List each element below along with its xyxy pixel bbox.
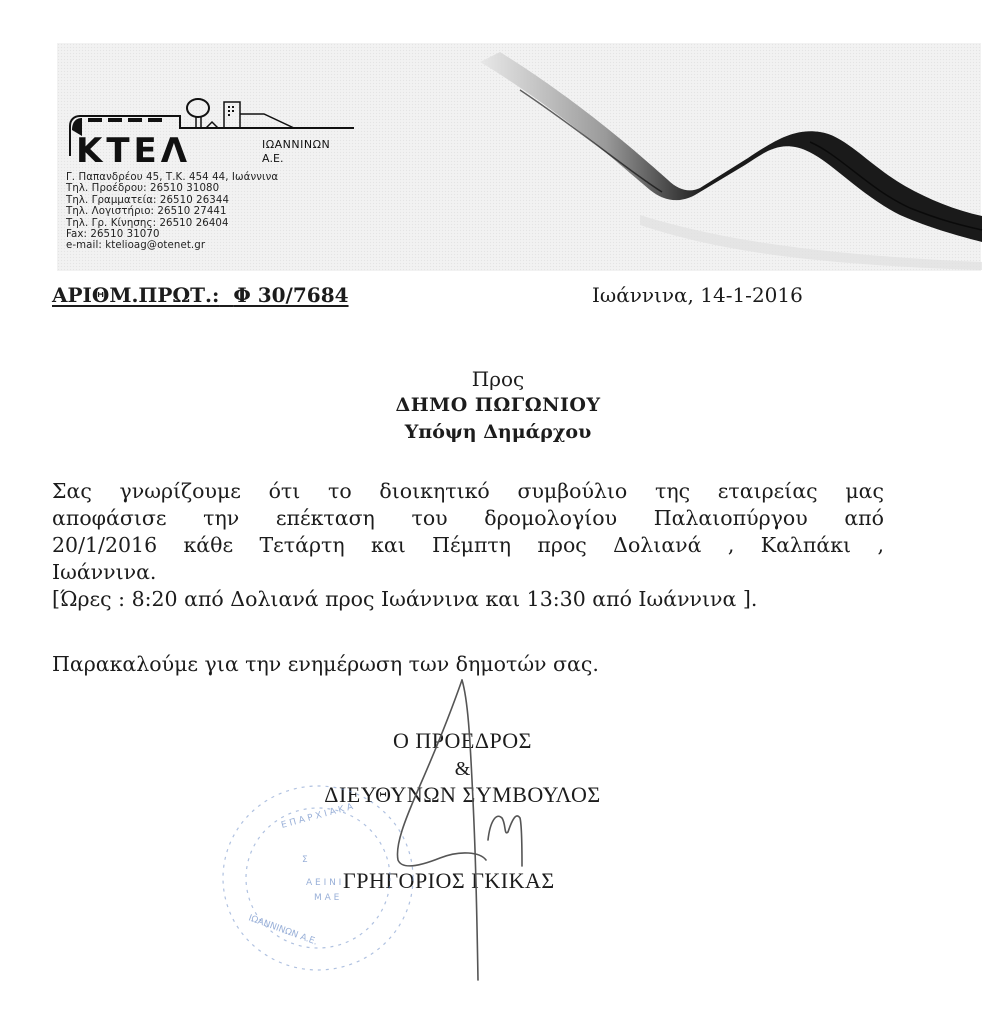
svg-text:Α Ε Ι Ν Ι: Α Ε Ι Ν Ι <box>306 878 341 888</box>
contact-fax: Fax: 26510 31070 <box>66 229 278 240</box>
contact-phone-president: Τηλ. Προέδρου: 26510 31080 <box>66 183 278 194</box>
contact-address: Γ. Παπανδρέου 45, Τ.Κ. 454 44, Ιωάννινα <box>66 172 278 183</box>
body-line-schedule: [Ώρες : 8:20 από Δολιανά προς Ιωάννινα κ… <box>52 586 884 613</box>
svg-text:ΙΩΑΝΝΙΝΩΝ: ΙΩΑΝΝΙΝΩΝ <box>262 138 330 151</box>
contact-email: e-mail: ktelioag@otenet.gr <box>66 240 278 251</box>
signatory-title-ceo: ΔΙΕΥΘΥΝΩΝ ΣΥΜΒΟΥΛΟΣ <box>0 782 925 808</box>
protocol-label: ΑΡΙΘΜ.ΠΡΩΤ.: <box>52 283 219 307</box>
contact-phone-traffic: Τηλ. Γρ. Κίνησης: 26510 26404 <box>66 218 278 229</box>
letter-body: Σας γνωρίζουμε ότι το διοικητικό συμβούλ… <box>52 478 884 613</box>
protocol-value: Φ 30/7684 <box>233 283 348 307</box>
body-line: αποφάσισε την επέκταση του δρομολογίου Π… <box>52 505 884 532</box>
closing-request: Παρακαλούμε για την ενημέρωση των δημοτώ… <box>52 652 599 676</box>
contact-info: Γ. Παπανδρέου 45, Τ.Κ. 454 44, Ιωάννινα … <box>66 172 278 252</box>
body-line: Σας γνωρίζουμε ότι το διοικητικό συμβούλ… <box>52 478 884 505</box>
signatory-title-president: Ο ΠΡΟΕΔΡΟΣ <box>0 728 925 754</box>
svg-text:ΙΩΑΝΝΙΝΩΝ Α.Ε.: ΙΩΑΝΝΙΝΩΝ Α.Ε. <box>247 913 319 947</box>
recipient-attention: Υπόψη Δημάρχου <box>0 421 996 443</box>
place-date: Ιωάννινα, 14-1-2016 <box>592 283 803 307</box>
signatory-name: ΓΡΗΓΟΡΙΟΣ ΓΚΙΚΑΣ <box>343 868 555 894</box>
body-line: Ιωάννινα. <box>52 559 884 586</box>
contact-phone-accounting: Τηλ. Λογιστήριο: 26510 27441 <box>66 206 278 217</box>
svg-text:Σ: Σ <box>302 855 308 865</box>
ktel-logo: ΚΤΕΛ ΙΩΑΝΝΙΝΩΝ Α.Ε. <box>64 96 394 172</box>
body-line: 20/1/2016 κάθε Τετάρτη και Πέμπτη προς Δ… <box>52 532 884 559</box>
signatory-ampersand: & <box>0 758 925 781</box>
contact-phone-secretariat: Τηλ. Γραμματεία: 26510 26344 <box>66 195 278 206</box>
svg-text:Α.Ε.: Α.Ε. <box>262 152 283 165</box>
recipient-to: Προς <box>0 367 996 391</box>
recipient-name: ΔΗΜΟ ΠΩΓΩΝΙΟΥ <box>0 394 996 416</box>
logo-wordmark: ΚΤΕΛ <box>76 131 191 171</box>
svg-text:Μ Α Ε: Μ Α Ε <box>314 893 340 903</box>
protocol-number: ΑΡΙΘΜ.ΠΡΩΤ.: Φ 30/7684 <box>52 283 349 307</box>
